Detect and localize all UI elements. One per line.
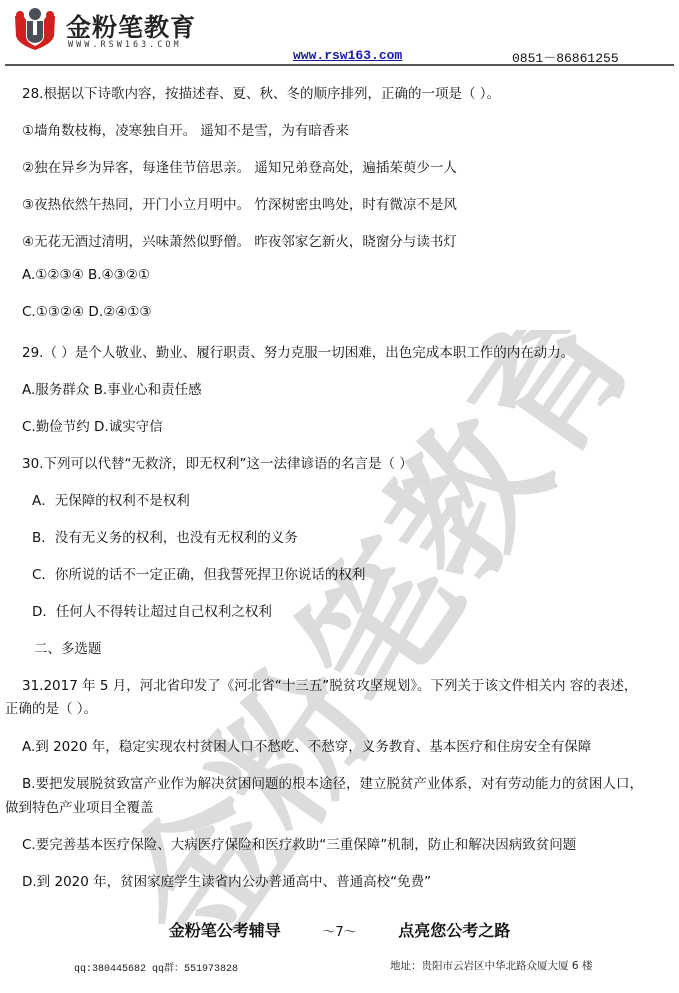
q31-option-b-line1: B.要把发展脱贫致富产业作为解决贫困问题的根本途径，建立脱贫产业体系，对有劳动能…	[22, 772, 643, 792]
q30-option-b: B．没有无义务的权利，也没有无权利的义务	[32, 526, 298, 546]
q30-option-c: C．你所说的话不一定正确，但我誓死捍卫你说话的权利	[32, 563, 365, 583]
q29-stem: 29.（ ）是个人敬业、勤业、履行职责、努力克服一切困难，出色完成本职工作的内在…	[22, 341, 574, 361]
shield-person-logo-icon	[12, 6, 58, 50]
brand-name: 金粉笔教育	[66, 8, 196, 44]
header-divider	[5, 64, 674, 66]
footer-slogan-right: 点亮您公考之路	[398, 921, 510, 940]
q29-options-ab: A.服务群众 B.事业心和责任感	[22, 378, 202, 398]
section-heading: 二、多选题	[34, 637, 102, 657]
footer-qq: qq:380445682 qq群：551973828	[74, 959, 238, 975]
q30-stem: 30.下列可以代替“无救济，即无权利”这一法律谚语的名言是（ ）	[22, 452, 413, 472]
q31-option-b-line2: 做到特色产业项目全覆盖	[5, 796, 154, 816]
q28-poem-4: ④无花无酒过清明，兴味萧然似野僧。 昨夜邻家乞新火，晓窗分与读书灯	[22, 230, 457, 250]
q28-poem-1: ①墙角数枝梅，凌寒独自开。 遥知不是雪，为有暗香来	[22, 119, 349, 139]
footer-address: 地址：贵阳市云岩区中华北路众厦大厦 6 楼	[390, 958, 592, 973]
brand-url: WWW.RSW163.COM	[68, 40, 182, 50]
q28-options-ab: A.①②③④ B.④③②①	[22, 267, 150, 283]
q28-options-cd: C.①③②④ D.②④①③	[22, 304, 152, 320]
q31-option-d: D.到 2020 年，贫困家庭学生读省内公办普通高中、普通高校“免费”	[22, 870, 431, 890]
q31-option-a: A.到 2020 年，稳定实现农村贫困人口不愁吃、不愁穿，义务教育、基本医疗和住…	[22, 735, 591, 755]
website-link[interactable]: www.rsw163.com	[293, 48, 402, 63]
page-header: 金粉笔教育 WWW.RSW163.COM www.rsw163.com 0851…	[0, 0, 679, 68]
page-number: ～7～	[322, 925, 356, 940]
q31-option-c: C.要完善基本医疗保险、大病医疗保险和医疗救助“三重保障”机制，防止和解决因病致…	[22, 833, 576, 853]
q28-stem: 28.根据以下诗歌内容，按描述春、夏、秋、冬的顺序排列，正确的一项是（ ）。	[22, 82, 500, 102]
q31-stem-line2: 正确的是（ ）。	[5, 697, 97, 717]
q31-stem-line1: 31.2017 年 5 月，河北省印发了《河北省“十三五”脱贫攻坚规划》。下列关…	[22, 674, 637, 694]
q28-poem-3: ③夜热依然午热同，开门小立月明中。 竹深树密虫鸣处，时有微凉不是风	[22, 193, 457, 213]
q29-options-cd: C.勤俭节约 D.诚实守信	[22, 415, 163, 435]
footer-slogan-left: 金粉笔公考辅导	[169, 921, 281, 940]
q30-option-a: A．无保障的权利不是权利	[32, 489, 190, 509]
q28-poem-2: ②独在异乡为异客，每逢佳节倍思亲。 遥知兄弟登高处，遍插茱萸少一人	[22, 156, 457, 176]
q30-option-d: D．任何人不得转让超过自己权利之权利	[32, 600, 272, 620]
footer-slogan: 金粉笔公考辅导 ～7～ 点亮您公考之路	[0, 918, 679, 941]
